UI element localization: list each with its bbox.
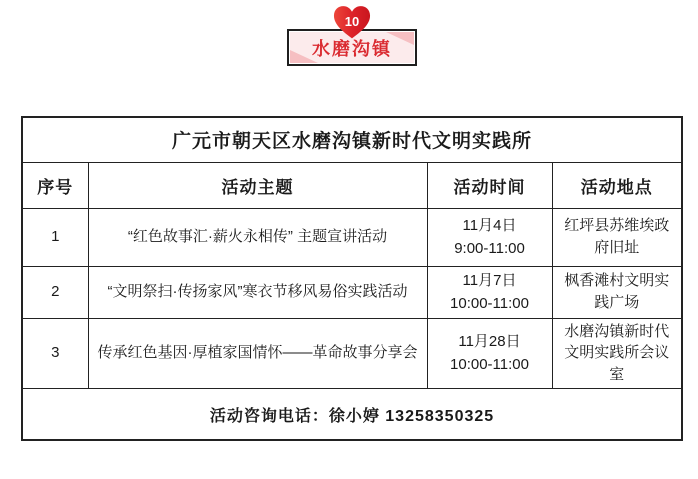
- table-row: 1 “红色故事汇·薪火永相传” 主题宣讲活动 11月4日 9:00-11:00 …: [22, 208, 682, 266]
- col-header-location: 活动地点: [552, 162, 682, 208]
- activity-location: 水磨沟镇新时代文明实践所会议室: [552, 318, 682, 388]
- activity-location: 枫香滩村文明实践广场: [552, 266, 682, 318]
- page: 水磨沟镇 10: [0, 0, 698, 479]
- table-row: 2 “文明祭扫·传扬家风”寒衣节移风易俗实践活动 11月7日 10:00-11:…: [22, 266, 682, 318]
- activity-time-cell: 11月28日 10:00-11:00: [427, 318, 552, 388]
- row-number: 3: [22, 318, 88, 388]
- activity-date: 11月7日: [433, 269, 547, 292]
- activity-time-cell: 11月4日 9:00-11:00: [427, 208, 552, 266]
- table-title: 广元市朝天区水磨沟镇新时代文明实践所: [22, 117, 682, 162]
- events-table: 广元市朝天区水磨沟镇新时代文明实践所 序号 活动主题 活动时间 活动地点 1 “…: [21, 116, 683, 441]
- town-banner: 水磨沟镇 10: [287, 29, 417, 66]
- heart-icon: 10: [332, 5, 372, 40]
- activity-time: 10:00-11:00: [433, 353, 547, 376]
- activity-location: 红坪县苏维埃政府旧址: [552, 208, 682, 266]
- contact-line: 活动咨询电话：徐小婷 13258350325: [22, 388, 682, 440]
- activity-time: 9:00-11:00: [433, 237, 547, 260]
- row-number: 2: [22, 266, 88, 318]
- activity-theme: “文明祭扫·传扬家风”寒衣节移风易俗实践活动: [88, 266, 427, 318]
- activity-date: 11月28日: [433, 330, 547, 353]
- row-number: 1: [22, 208, 88, 266]
- activity-time: 10:00-11:00: [433, 292, 547, 315]
- activity-theme: 传承红色基因·厚植家国情怀——革命故事分享会: [88, 318, 427, 388]
- activity-date: 11月4日: [433, 214, 547, 237]
- activity-theme: “红色故事汇·薪火永相传” 主题宣讲活动: [88, 208, 427, 266]
- col-header-theme: 活动主题: [88, 162, 427, 208]
- table-row: 3 传承红色基因·厚植家国情怀——革命故事分享会 11月28日 10:00-11…: [22, 318, 682, 388]
- activity-time-cell: 11月7日 10:00-11:00: [427, 266, 552, 318]
- badge-number: 10: [332, 14, 372, 29]
- col-header-no: 序号: [22, 162, 88, 208]
- col-header-time: 活动时间: [427, 162, 552, 208]
